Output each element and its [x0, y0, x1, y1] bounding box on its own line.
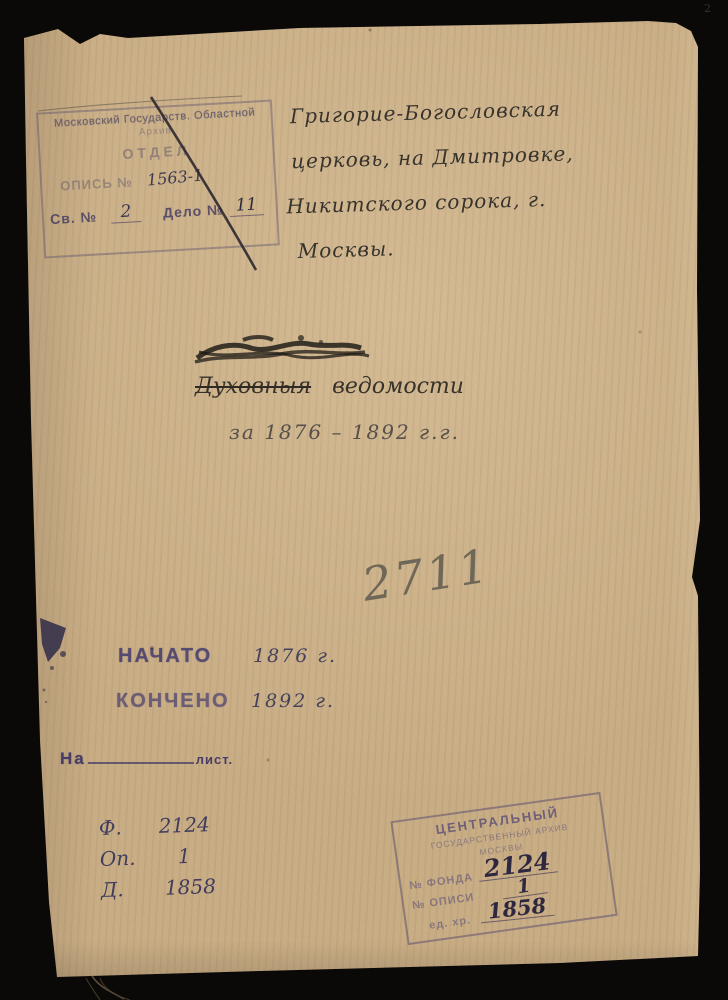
archive-stamp: Московский Государств. Областной Архив О… — [36, 100, 280, 259]
opis-label-hand: Оп. — [99, 846, 142, 871]
opis-label: ОПИСЬ № — [60, 174, 133, 193]
finished-value: 1892 г. — [251, 690, 335, 712]
subject-line: Духовныя ведомости — [195, 374, 464, 399]
finished-label: КОНЧЕНО — [116, 690, 251, 713]
sv-label: Св. № — [50, 208, 98, 227]
title-line-2: церковь, на Дмитровке, — [291, 141, 592, 173]
delo-label: Дело № — [163, 201, 224, 220]
delo-value-hand: 1858 — [165, 874, 217, 900]
sheets-suffix: лист. — [196, 752, 233, 767]
dates-block: НАЧАТО 1876 г. КОНЧЕНО 1892 г. На лист. — [60, 645, 380, 769]
opis-row: Оп. 1 — [99, 843, 215, 871]
scanned-archive-cover: 2 Московский Государств. Областной Архив… — [0, 0, 728, 1000]
subject-word-crossed: Духовныя — [195, 374, 311, 399]
subject-years: за 1876 – 1892 г.г. — [229, 420, 460, 444]
archive-stamp-line3: ОТДЕЛ — [46, 138, 267, 166]
opis-value: 1563-1 — [146, 166, 204, 190]
started-value: 1876 г. — [253, 645, 337, 667]
started-label: НАЧАТО — [118, 645, 253, 668]
central-ed-value: 1858 — [479, 895, 555, 923]
title-line-4: Москвы. — [297, 231, 594, 263]
subject-word2: ведомости — [332, 374, 464, 399]
handwritten-title: Григорие-Богословская церковь, на Дмитро… — [290, 96, 595, 284]
sv-value: 2 — [110, 201, 141, 224]
sheets-prefix: На — [60, 749, 86, 769]
delo-value: 11 — [229, 194, 264, 217]
fond-label: Ф. — [98, 815, 141, 840]
title-line-3: Никитского сорока, г. — [286, 186, 593, 219]
fond-opis-delo: Ф. 2124 Оп. 1 Д. 1858 — [98, 812, 216, 909]
scan-corner-mark: 2 — [704, 2, 711, 15]
delo-label-hand: Д. — [101, 877, 144, 902]
fond-value: 2124 — [158, 812, 210, 838]
opis-value-hand: 1 — [177, 844, 191, 868]
fond-row: Ф. 2124 — [98, 812, 214, 840]
delo-row: Д. 1858 — [101, 874, 217, 902]
central-ed-label: ед. хр. — [428, 914, 471, 932]
sheets-blank-line — [88, 762, 194, 764]
